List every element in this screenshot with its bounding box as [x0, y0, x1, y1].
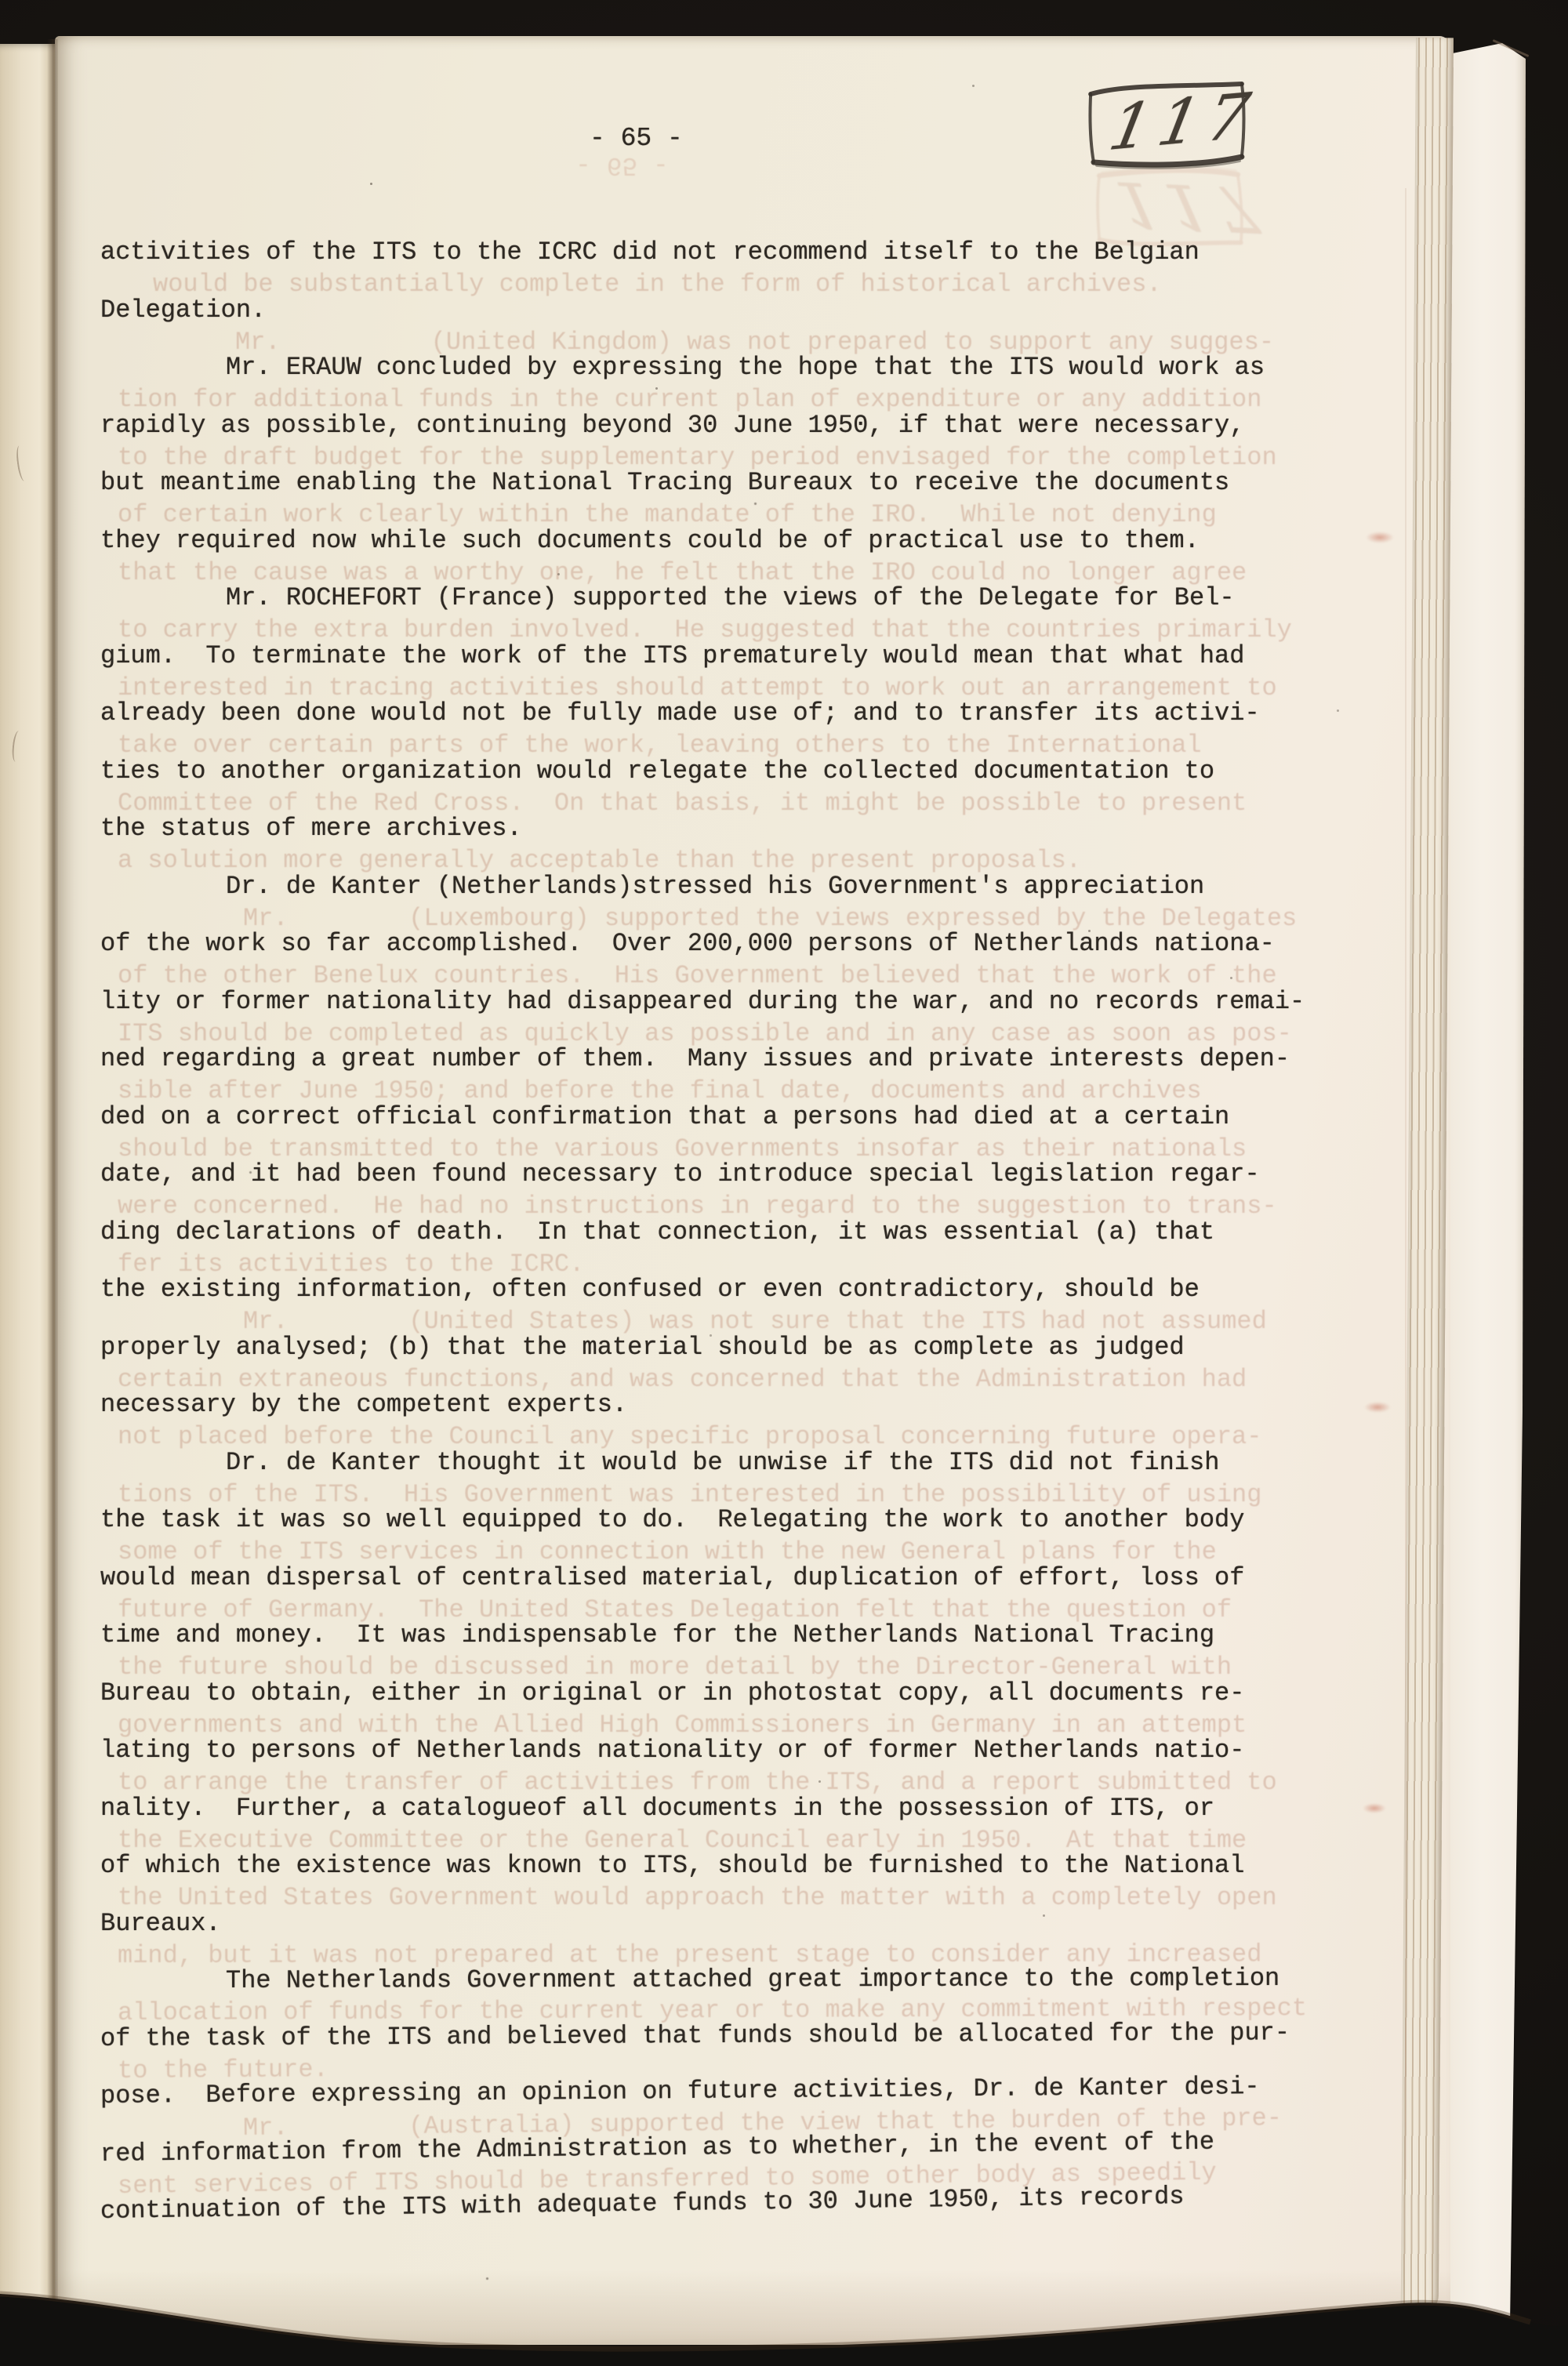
page-number: - 65 - [590, 124, 683, 153]
bleedthrough-line: Committee of the Red Cross. On that basi… [118, 790, 1247, 817]
typed-line: Delegation. [100, 296, 266, 325]
typed-line: they required now while such documents c… [100, 527, 1200, 555]
typed-line: the status of mere archives. [100, 815, 522, 843]
typed-line: ties to another organization would releg… [100, 757, 1214, 786]
typed-line: lity or former nationality had disappear… [100, 988, 1305, 1016]
stamp-number: 117 [1102, 74, 1264, 169]
bleedthrough-line: Mr. (United States) was not sure that th… [243, 1308, 1267, 1335]
typed-line: already been done would not be fully mad… [100, 699, 1260, 728]
typed-line: Mr. ROCHEFORT (France) supported the vie… [226, 584, 1235, 612]
typed-line: Mr. ERAUW concluded by expressing the ho… [226, 354, 1265, 382]
typed-line: the task it was so well equipped to do. … [100, 1506, 1244, 1534]
bleedthrough-line: Mr. (United Kingdom) was not prepared to… [235, 329, 1274, 356]
bleedthrough-line: tion for additional funds in the current… [118, 386, 1261, 413]
dust-specks [0, 0, 2, 2]
bleedthrough-line: of certain work clearly within the manda… [118, 502, 1217, 528]
bleedthrough-line: tions of the ITS. His Government was int… [118, 1482, 1261, 1508]
page-number-ghost: - 65 - [575, 151, 669, 180]
ink-smudge [1364, 1402, 1391, 1413]
bleedthrough-line: some of the ITS services in connection w… [118, 1539, 1217, 1566]
bleedthrough-line: the Executive Committee or the General C… [118, 1827, 1247, 1854]
bleedthrough-line: not placed before the Council any specif… [118, 1424, 1261, 1450]
bleedthrough-line: of the other Benelux countries. His Gove… [118, 963, 1277, 989]
ink-smudge [1363, 1803, 1386, 1813]
bleedthrough-line: fer its activities to the ICRC. [118, 1251, 584, 1278]
bleedthrough-line: ITS should be completed as quickly as po… [118, 1021, 1292, 1047]
stamp: 117 [1083, 74, 1253, 176]
bleedthrough-line: were concerned. He had no instructions i… [118, 1193, 1277, 1220]
typed-line: of which the existence was known to ITS,… [100, 1852, 1244, 1880]
bleedthrough-line: Mr. (Luxembourg) supported the views exp… [243, 905, 1297, 932]
bleedthrough-line: should be transmitted to the various Gov… [118, 1136, 1247, 1163]
bleedthrough-line: interested in tracing activities should … [118, 675, 1277, 702]
bleedthrough-line: sible after June 1950; and before the fi… [118, 1078, 1202, 1105]
typed-line: rapidly as possible, continuing beyond 3… [100, 412, 1244, 440]
underlying-sheet-edge [1449, 43, 1529, 2324]
typed-line: date, and it had been found necessary to… [100, 1160, 1260, 1188]
binding-gutter-shadow [47, 39, 58, 2332]
scanned-document-page: would be substantially complete in the f… [0, 0, 1568, 2366]
bleedthrough-line: the United States Government would appro… [118, 1885, 1277, 1911]
typed-line: Dr. de Kanter (Netherlands)stressed his … [226, 873, 1204, 901]
ink-smudge [1366, 532, 1394, 543]
typed-line: ned regarding a great number of them. Ma… [100, 1045, 1290, 1073]
bleedthrough-line: to carry the extra burden involved. He s… [118, 617, 1292, 644]
typed-line: but meantime enabling the National Traci… [100, 469, 1229, 497]
typed-line: properly analysed; (b) that the material… [100, 1334, 1185, 1362]
typed-line: of the task of the ITS and believed that… [100, 2019, 1290, 2053]
typed-line: of the work so far accomplished. Over 20… [100, 930, 1275, 958]
typed-line: Bureaux. [100, 1910, 221, 1938]
typed-line: ded on a correct official confirmation t… [100, 1103, 1229, 1131]
bleedthrough-line: that the cause was a worthy one, he felt… [118, 560, 1247, 586]
bleedthrough-line: to arrange the transfer of activities fr… [118, 1769, 1277, 1796]
bleedthrough-line: future of Germany. The United States Del… [118, 1597, 1232, 1624]
typed-line: The Netherlands Government attached grea… [226, 1965, 1279, 1995]
typed-line: Bureau to obtain, either in original or … [100, 1679, 1244, 1707]
bleedthrough-line: would be substantially complete in the f… [153, 271, 1162, 298]
bleedthrough-line: the future should be discussed in more d… [118, 1654, 1232, 1681]
typed-line: ding declarations of death. In that conn… [100, 1218, 1214, 1247]
typed-line: Dr. de Kanter thought it would be unwise… [226, 1449, 1219, 1477]
typed-line: the existing information, often confused… [100, 1276, 1200, 1304]
typed-line: would mean dispersal of centralised mate… [100, 1564, 1244, 1592]
typed-line: time and money. It was indispensable for… [100, 1621, 1214, 1649]
bleedthrough-line: to the draft budget for the supplementar… [118, 445, 1277, 471]
typed-line: necessary by the competent experts. [100, 1391, 627, 1419]
typed-line: nality. Further, a catalogueof all docum… [100, 1794, 1214, 1823]
bleedthrough-line: governments and with the Allied High Com… [118, 1712, 1247, 1739]
paper-crease [1405, 188, 1406, 2179]
bleedthrough-line: certain extraneous functions, and was co… [118, 1366, 1247, 1393]
typed-line: activities of the ITS to the ICRC did no… [100, 238, 1200, 267]
bleedthrough-line: take over certain parts of the work, lea… [118, 732, 1202, 759]
typed-line: lating to persons of Netherlands nationa… [100, 1736, 1244, 1765]
bleedthrough-line: a solution more generally acceptable tha… [118, 847, 1081, 874]
typed-line: gium. To terminate the work of the ITS p… [100, 642, 1244, 670]
